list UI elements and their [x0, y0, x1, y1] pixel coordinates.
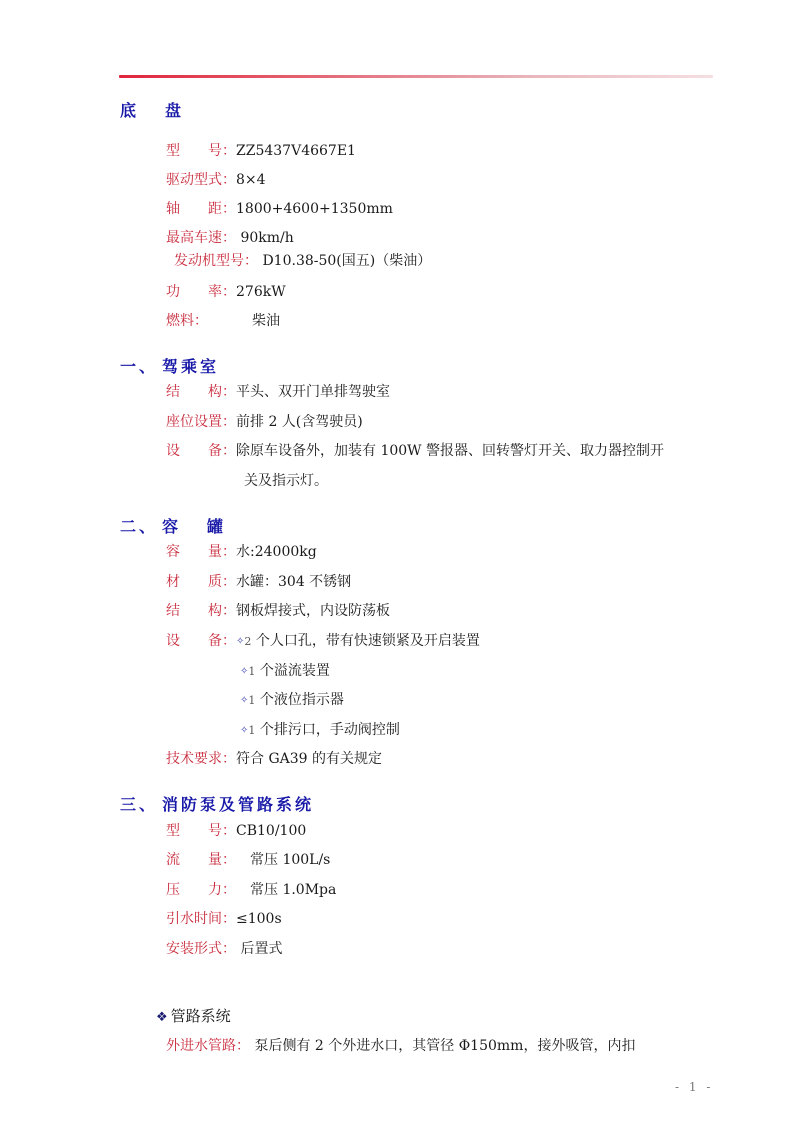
tank-row-structure: 结 构：钢板焊接式，内设防荡板 [166, 602, 390, 620]
tank-equipment-item: ✧1 个液位指示器 [240, 691, 344, 710]
subsection-title-text: 管路系统 [171, 1007, 231, 1025]
section-title-cab: 一、驾乘室 [120, 354, 219, 377]
field-value: D10.38-50(国五)（柴油） [258, 253, 431, 269]
chassis-title-char-1: 底 [120, 101, 139, 120]
field-label: 最高车速： [166, 229, 236, 247]
tank-row-equipment: 设 备：✧2 个人口孔，带有快速锁紧及开启装置 [166, 632, 480, 651]
section-number: 一、 [120, 354, 162, 377]
field-label: 结 构： [166, 602, 236, 620]
chassis-row-fuel: 燃料：柴油 [166, 312, 280, 330]
field-value: 平头、双开门单排驾驶室 [236, 384, 390, 400]
field-value: ZZ5437V4667E1 [236, 143, 356, 159]
field-label: 结 构： [166, 383, 236, 401]
field-value: 柴油 [252, 313, 280, 329]
field-value: 水:24000kg [236, 544, 317, 560]
subsection-title-piping: ❖管路系统 [156, 1005, 231, 1026]
field-value: 符合 GA39 的有关规定 [236, 751, 382, 767]
tank-equipment-item: ✧1 个溢流装置 [240, 662, 330, 681]
field-value: 钢板焊接式，内设防荡板 [236, 603, 390, 619]
field-value: 前排 2 人(含驾驶员) [236, 414, 363, 430]
field-value: ≤100s [236, 911, 282, 927]
field-label: 座位设置： [166, 413, 236, 431]
section-title-pump: 三、消防泵及管路系统 [120, 792, 314, 815]
cab-row-seats: 座位设置：前排 2 人(含驾驶员) [166, 413, 363, 431]
field-label: 压 力： [166, 881, 236, 899]
tank-row-tech-requirement: 技术要求：符合 GA39 的有关规定 [166, 750, 382, 768]
field-value: 后置式 [236, 941, 282, 957]
chassis-row-model: 型 号：ZZ5437V4667E1 [166, 142, 356, 160]
header-rule [119, 75, 713, 78]
field-label: 驱动型式： [166, 171, 236, 189]
field-label: 引水时间： [166, 910, 236, 928]
field-label: 容 量： [166, 543, 236, 561]
section-number: 三、 [120, 792, 162, 815]
field-label: 型 号： [166, 822, 236, 840]
field-value: CB10/100 [236, 823, 306, 839]
section-number: 二、 [120, 514, 162, 537]
field-label: 流 量： [166, 851, 236, 869]
pump-row-priming-time: 引水时间：≤100s [166, 910, 282, 928]
section-title-chassis: 底盘 [120, 98, 184, 121]
field-label: 技术要求： [166, 750, 236, 768]
field-label: 材 质： [166, 573, 236, 591]
field-value: 常压 100L/s [236, 852, 330, 868]
field-label: 设 备： [166, 632, 236, 650]
chassis-row-wheelbase: 轴 距：1800+4600+1350mm [166, 200, 393, 218]
field-label: 轴 距： [166, 200, 236, 218]
document-page: 底盘 型 号：ZZ5437V4667E1 驱动型式：8×4 轴 距：1800+4… [0, 0, 800, 1131]
field-value: 8×4 [236, 172, 266, 188]
field-value: 个液位指示器 [255, 692, 343, 708]
field-value: 1800+4600+1350mm [236, 201, 393, 217]
field-label: 功 率： [166, 283, 236, 301]
section-title-tank: 二、容罐 [120, 514, 226, 537]
field-value: 276kW [236, 284, 286, 300]
chassis-row-engine: 发动机型号： D10.38-50(国五)（柴油） [174, 252, 431, 270]
field-label: 安装形式： [166, 940, 236, 958]
chassis-title-char-2: 盘 [165, 101, 184, 120]
field-value: 个排污口，手动阀控制 [255, 722, 399, 738]
pump-row-pressure: 压 力： 常压 1.0Mpa [166, 881, 336, 899]
diamond-cluster-icon: ❖ [156, 1010, 168, 1025]
field-value: 个溢流装置 [255, 663, 329, 679]
field-label: 燃料： [166, 312, 252, 330]
tank-row-capacity: 容 量：水:24000kg [166, 543, 317, 561]
tank-row-material: 材 质：水罐：304 不锈钢 [166, 573, 351, 591]
field-value: 关及指示灯。 [244, 473, 328, 489]
field-label: 型 号： [166, 142, 236, 160]
pump-row-model: 型 号：CB10/100 [166, 822, 306, 840]
field-value: 90km/h [236, 230, 294, 246]
field-label: 发动机型号： [174, 252, 258, 270]
chassis-row-drive: 驱动型式：8×4 [166, 171, 266, 189]
chassis-row-max-speed: 最高车速： 90km/h [166, 229, 294, 247]
cab-row-structure: 结 构：平头、双开门单排驾驶室 [166, 383, 390, 401]
field-label: 外进水管路： [166, 1037, 250, 1055]
tank-title-char-1: 容 [162, 517, 181, 536]
field-value: 水罐：304 不锈钢 [236, 574, 351, 590]
tank-equipment-item: ✧1 个排污口，手动阀控制 [240, 721, 400, 740]
field-value: 泵后侧有 2 个外进水口，其管径 Φ150mm，接外吸管，内扣 [250, 1038, 635, 1054]
field-value: 常压 1.0Mpa [236, 882, 336, 898]
section-title-text: 驾乘室 [162, 357, 219, 376]
cab-row-equipment: 设 备：除原车设备外，加装有 100W 警报器、回转警灯开关、取力器控制开 [166, 442, 664, 460]
page-number: - 1 - [675, 1080, 713, 1094]
chassis-row-power: 功 率：276kW [166, 283, 286, 301]
tank-title-char-2: 罐 [207, 517, 226, 536]
pump-row-mounting: 安装形式： 后置式 [166, 940, 282, 958]
piping-row-external-inlet: 外进水管路： 泵后侧有 2 个外进水口，其管径 Φ150mm，接外吸管，内扣 [166, 1037, 635, 1055]
field-value: 个人口孔，带有快速锁紧及开启装置 [251, 633, 479, 649]
cab-row-equipment-continued: 关及指示灯。 [244, 472, 328, 490]
field-value: 除原车设备外，加装有 100W 警报器、回转警灯开关、取力器控制开 [236, 443, 664, 459]
pump-row-flow: 流 量： 常压 100L/s [166, 851, 330, 869]
section-title-text: 消防泵及管路系统 [162, 795, 314, 814]
field-label: 设 备： [166, 442, 236, 460]
